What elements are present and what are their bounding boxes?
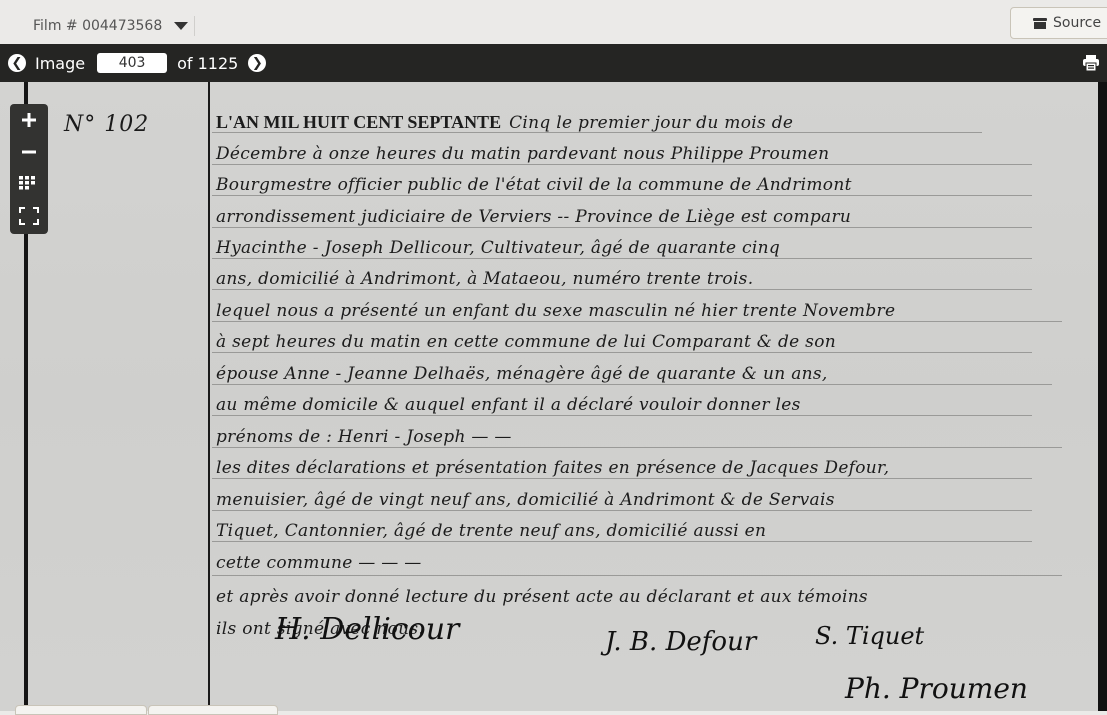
- fullscreen-icon: [19, 207, 39, 225]
- document-line: L'AN MIL HUIT CENT SEPTANTECinq le premi…: [216, 112, 793, 133]
- minus-icon: [22, 145, 36, 159]
- image-label: Image: [35, 54, 85, 73]
- image-number-input[interactable]: [97, 53, 167, 73]
- ruled-line: [212, 258, 1032, 259]
- ruled-line: [212, 447, 1062, 448]
- zoom-out-button[interactable]: [10, 136, 48, 168]
- ruled-line: [212, 415, 1032, 416]
- document-line: et après avoir donné lecture du présent …: [216, 587, 868, 607]
- document-line: Hyacinthe - Joseph Dellicour, Cultivateu…: [216, 238, 780, 258]
- ruled-line: [212, 541, 1032, 542]
- film-selector[interactable]: Film # 004473568: [33, 16, 195, 36]
- signature-declarant: H. Dellicour: [275, 612, 459, 647]
- signature-mayor: Ph. Proumen: [845, 672, 1028, 705]
- zoom-controls: [10, 104, 48, 234]
- record-number: N° 102: [64, 112, 149, 137]
- ruled-line: [212, 227, 1032, 228]
- image-viewer[interactable]: N° 102 L'AN MIL HUIT CENT SEPTANTECinq l…: [0, 82, 1107, 711]
- image-navigation-bar: ❮ Image of 1125 ❯: [0, 44, 1107, 82]
- document-line: lequel nous a présenté un enfant du sexe…: [216, 301, 895, 321]
- document-heading: L'AN MIL HUIT CENT SEPTANTE: [216, 112, 501, 132]
- divider: [194, 16, 195, 36]
- signature-witness-1: J. B. Defour: [605, 627, 756, 657]
- print-icon[interactable]: [1082, 54, 1100, 72]
- archive-box-icon: [1033, 18, 1047, 29]
- document-line: arrondissement judiciaire de Verviers --…: [216, 207, 851, 227]
- film-edge: [1098, 82, 1107, 711]
- signature-witness-2: S. Tiquet: [815, 622, 924, 650]
- chevron-down-icon[interactable]: [174, 22, 188, 30]
- bottom-tab-2[interactable]: [148, 705, 278, 711]
- document-line: Tiquet, Cantonnier, âgé de trente neuf a…: [216, 521, 766, 541]
- document-line: prénoms de : Henri - Joseph — —: [216, 427, 512, 447]
- ruled-line: [212, 575, 1062, 576]
- grid-view-button[interactable]: [10, 168, 48, 200]
- document-line: cette commune — — —: [216, 553, 422, 573]
- total-images-label: of 1125: [177, 54, 238, 73]
- ruled-line: [212, 195, 1032, 196]
- top-bar: Film # 004473568 Source: [0, 0, 1107, 44]
- grid-view-icon: [19, 176, 39, 192]
- film-number-label: Film # 004473568: [33, 18, 162, 34]
- zoom-in-button[interactable]: [10, 104, 48, 136]
- bottom-tab-1[interactable]: [15, 705, 147, 711]
- ruled-line: [212, 289, 1032, 290]
- document-line: ans, domicilié à Andrimont, à Mataeou, n…: [216, 269, 753, 289]
- plus-icon: [22, 113, 36, 127]
- document-line: au même domicile & auquel enfant il a dé…: [216, 395, 801, 415]
- margin-rule: [208, 82, 210, 711]
- source-button[interactable]: Source: [1010, 7, 1107, 39]
- chevron-right-circle-icon[interactable]: ❯: [248, 54, 266, 72]
- document-line: à sept heures du matin en cette commune …: [216, 332, 836, 352]
- ruled-line: [212, 510, 1032, 511]
- ruled-line: [212, 352, 1032, 353]
- document-line: les dites déclarations et présentation f…: [216, 458, 889, 478]
- ruled-line: [212, 321, 1062, 322]
- document-line: Bourgmestre officier public de l'état ci…: [216, 175, 852, 195]
- document-line: Décembre à onze heures du matin pardevan…: [216, 144, 829, 164]
- chevron-left-circle-icon[interactable]: ❮: [8, 54, 26, 72]
- document-line: épouse Anne - Jeanne Delhaës, ménagère â…: [216, 364, 828, 384]
- source-button-label: Source: [1053, 15, 1101, 31]
- ruled-line: [212, 384, 1052, 385]
- document-image[interactable]: N° 102 L'AN MIL HUIT CENT SEPTANTECinq l…: [0, 82, 1098, 711]
- ruled-line: [212, 164, 1032, 165]
- document-line: menuisier, âgé de vingt neuf ans, domici…: [216, 490, 835, 510]
- ruled-line: [212, 478, 1032, 479]
- fullscreen-button[interactable]: [10, 200, 48, 232]
